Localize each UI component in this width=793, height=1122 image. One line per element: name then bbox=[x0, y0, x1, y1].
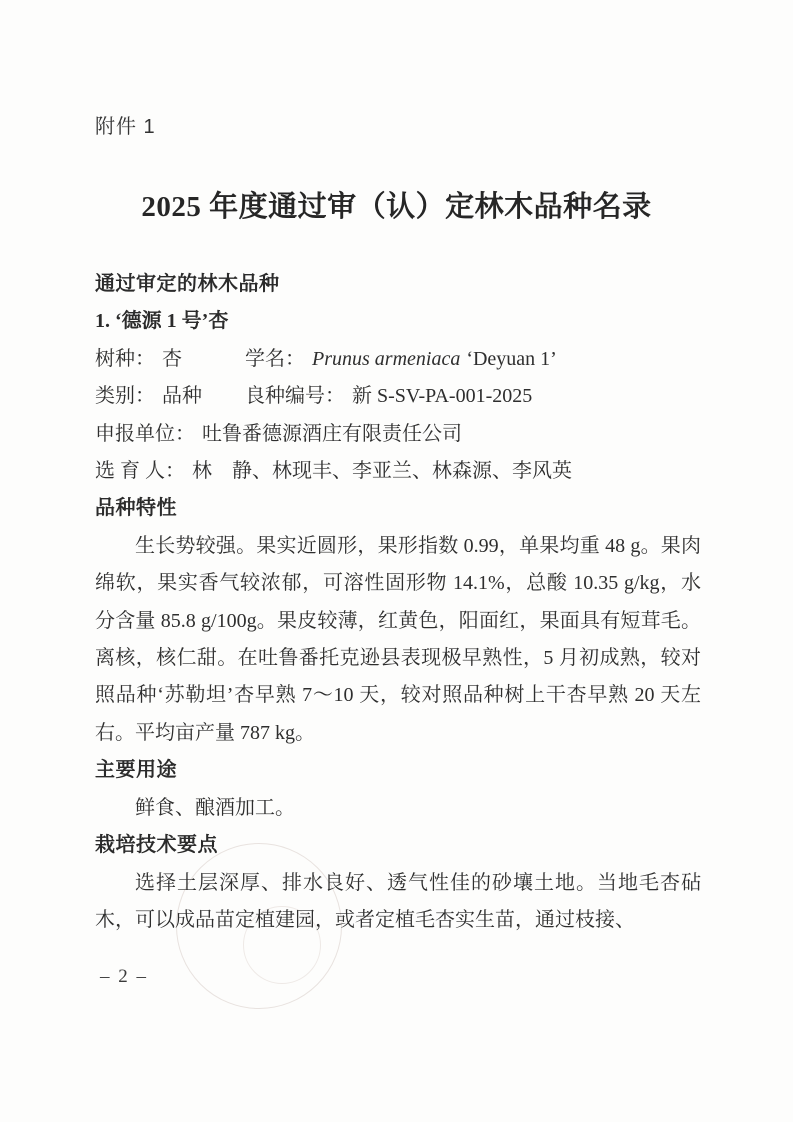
latin-label: 学名： bbox=[245, 348, 305, 370]
latin-name: Prunus armeniaca bbox=[312, 348, 460, 370]
traits-heading: 品种特性 bbox=[95, 490, 701, 527]
code-value: 新 S-SV-PA-001-2025 bbox=[352, 385, 532, 407]
attachment-label: 附件 1 bbox=[95, 110, 156, 139]
applicant-value: 吐鲁番德源酒庄有限责任公司 bbox=[202, 423, 462, 445]
usage-paragraph: 鲜食、酿酒加工。 bbox=[95, 790, 701, 827]
applicant-label: 申报单位： bbox=[95, 423, 195, 445]
page-number: – 2 – bbox=[100, 966, 148, 988]
breeders-value: 林 静、林现丰、李亚兰、林森源、李风英 bbox=[192, 460, 572, 482]
species-value: 杏 bbox=[162, 348, 182, 370]
usage-heading: 主要用途 bbox=[95, 752, 701, 789]
info-row-breeders: 选 育 人：林 静、林现丰、李亚兰、林森源、李风英 bbox=[95, 453, 701, 490]
document-page: 附件 1 2025 年度通过审（认）定林木品种名录 通过审定的林木品种 1. ‘… bbox=[0, 0, 793, 1122]
category-label: 类别： bbox=[95, 385, 155, 407]
category-field: 类别：品种 bbox=[95, 378, 245, 415]
code-field: 良种编号：新 S-SV-PA-001-2025 bbox=[245, 378, 532, 415]
species-label: 树种： bbox=[95, 348, 155, 370]
breeders-label: 选 育 人： bbox=[95, 460, 185, 482]
breeders-field: 选 育 人：林 静、林现丰、李亚兰、林森源、李风英 bbox=[95, 453, 572, 490]
species-field: 树种：杏 bbox=[95, 341, 245, 378]
info-row-species-latin: 树种：杏 学名：Prunus armeniaca‘Deyuan 1’ bbox=[95, 341, 701, 378]
traits-paragraph: 生长势较强。果实近圆形，果形指数 0.99，单果均重 48 g。果肉绵软，果实香… bbox=[95, 528, 701, 752]
cultivation-heading: 栽培技术要点 bbox=[95, 827, 701, 864]
info-row-applicant: 申报单位：吐鲁番德源酒庄有限责任公司 bbox=[95, 416, 701, 453]
document-title: 2025 年度通过审（认）定林木品种名录 bbox=[0, 184, 793, 225]
document-body: 通过审定的林木品种 1. ‘德源 1 号’杏 树种：杏 学名：Prunus ar… bbox=[95, 266, 701, 939]
applicant-field: 申报单位：吐鲁番德源酒庄有限责任公司 bbox=[95, 416, 462, 453]
cultivation-paragraph: 选择土层深厚、排水良好、透气性佳的砂壤土地。当地毛杏砧木，可以成品苗定植建园，或… bbox=[95, 865, 701, 940]
variety-heading: 1. ‘德源 1 号’杏 bbox=[95, 303, 701, 340]
latin-field: 学名：Prunus armeniaca‘Deyuan 1’ bbox=[245, 341, 557, 378]
section-heading: 通过审定的林木品种 bbox=[95, 266, 701, 303]
category-value: 品种 bbox=[162, 385, 202, 407]
info-row-category-code: 类别：品种 良种编号：新 S-SV-PA-001-2025 bbox=[95, 378, 701, 415]
code-label: 良种编号： bbox=[245, 385, 345, 407]
latin-cultivar: ‘Deyuan 1’ bbox=[466, 348, 557, 370]
